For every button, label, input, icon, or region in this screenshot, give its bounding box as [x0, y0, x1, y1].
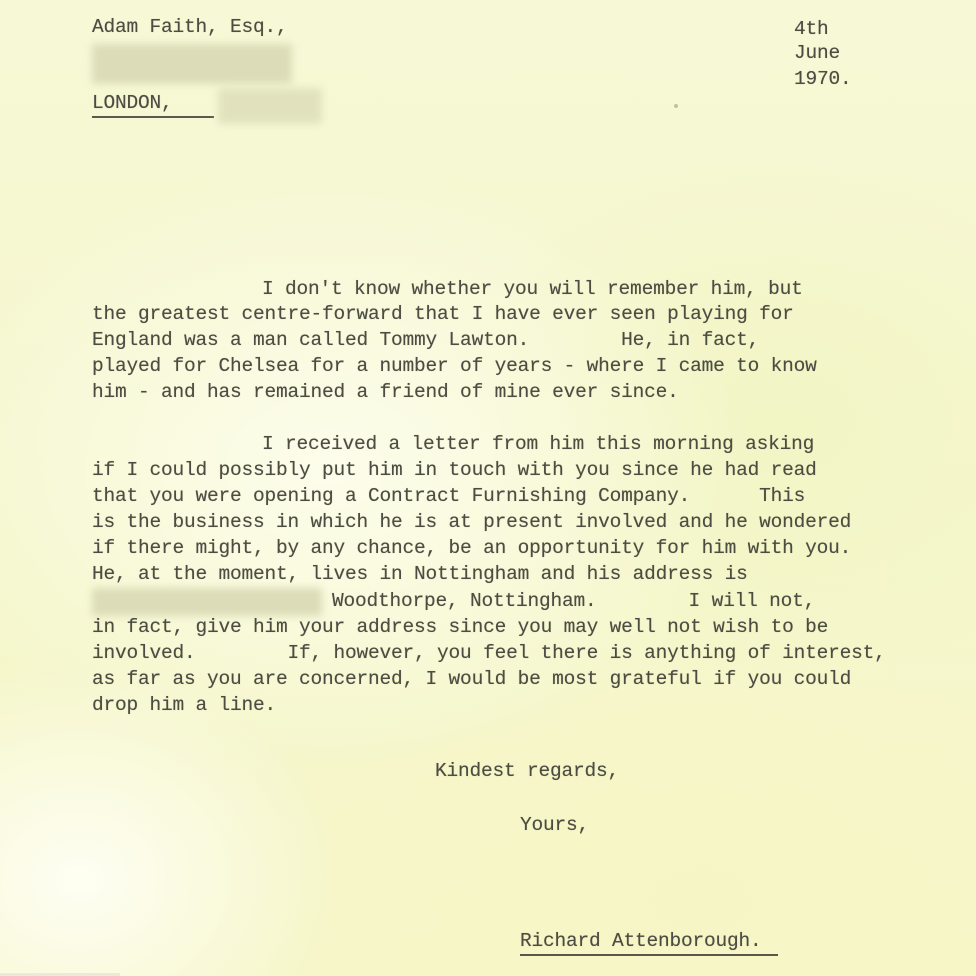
paragraph-line: I don't know whether you will remember h…	[262, 276, 803, 302]
paragraph-line: as far as you are concerned, I would be …	[92, 666, 851, 692]
recipient-city: LONDON,	[92, 90, 173, 116]
date-year: 1970.	[794, 66, 852, 92]
redacted-postcode	[218, 88, 322, 124]
paragraph-line: drop him a line.	[92, 692, 276, 718]
paragraph-line: the greatest centre-forward that I have …	[92, 301, 794, 327]
paragraph-line: in fact, give him your address since you…	[92, 614, 828, 640]
redacted-recipient-address	[92, 44, 292, 84]
recipient-name: Adam Faith, Esq.,	[92, 14, 288, 40]
paragraph-line: I received a letter from him this mornin…	[262, 431, 814, 457]
valediction: Yours,	[520, 812, 589, 838]
date-day: 4th	[794, 16, 829, 42]
redacted-street-address	[92, 588, 322, 616]
paragraph-line: is the business in which he is at presen…	[92, 509, 851, 535]
signature-name: Richard Attenborough.	[520, 928, 762, 954]
paragraph-line: if there might, by any chance, be an opp…	[92, 535, 851, 561]
signature-underline	[520, 954, 778, 956]
paragraph-line: played for Chelsea for a number of years…	[92, 353, 817, 379]
paragraph-line: him - and has remained a friend of mine …	[92, 379, 679, 405]
paragraph-line: Woodthorpe, Nottingham. I will not,	[332, 588, 815, 614]
paragraph-line: He, at the moment, lives in Nottingham a…	[92, 561, 748, 587]
paper-speck	[674, 104, 678, 108]
paragraph-line: England was a man called Tommy Lawton. H…	[92, 327, 759, 353]
paragraph-line: if I could possibly put him in touch wit…	[92, 457, 817, 483]
paragraph-line: that you were opening a Contract Furnish…	[92, 483, 805, 509]
date-month: June	[794, 40, 840, 66]
closing-line: Kindest regards,	[435, 758, 619, 784]
paragraph-line: involved. If, however, you feel there is…	[92, 640, 886, 666]
city-underline	[92, 116, 214, 118]
